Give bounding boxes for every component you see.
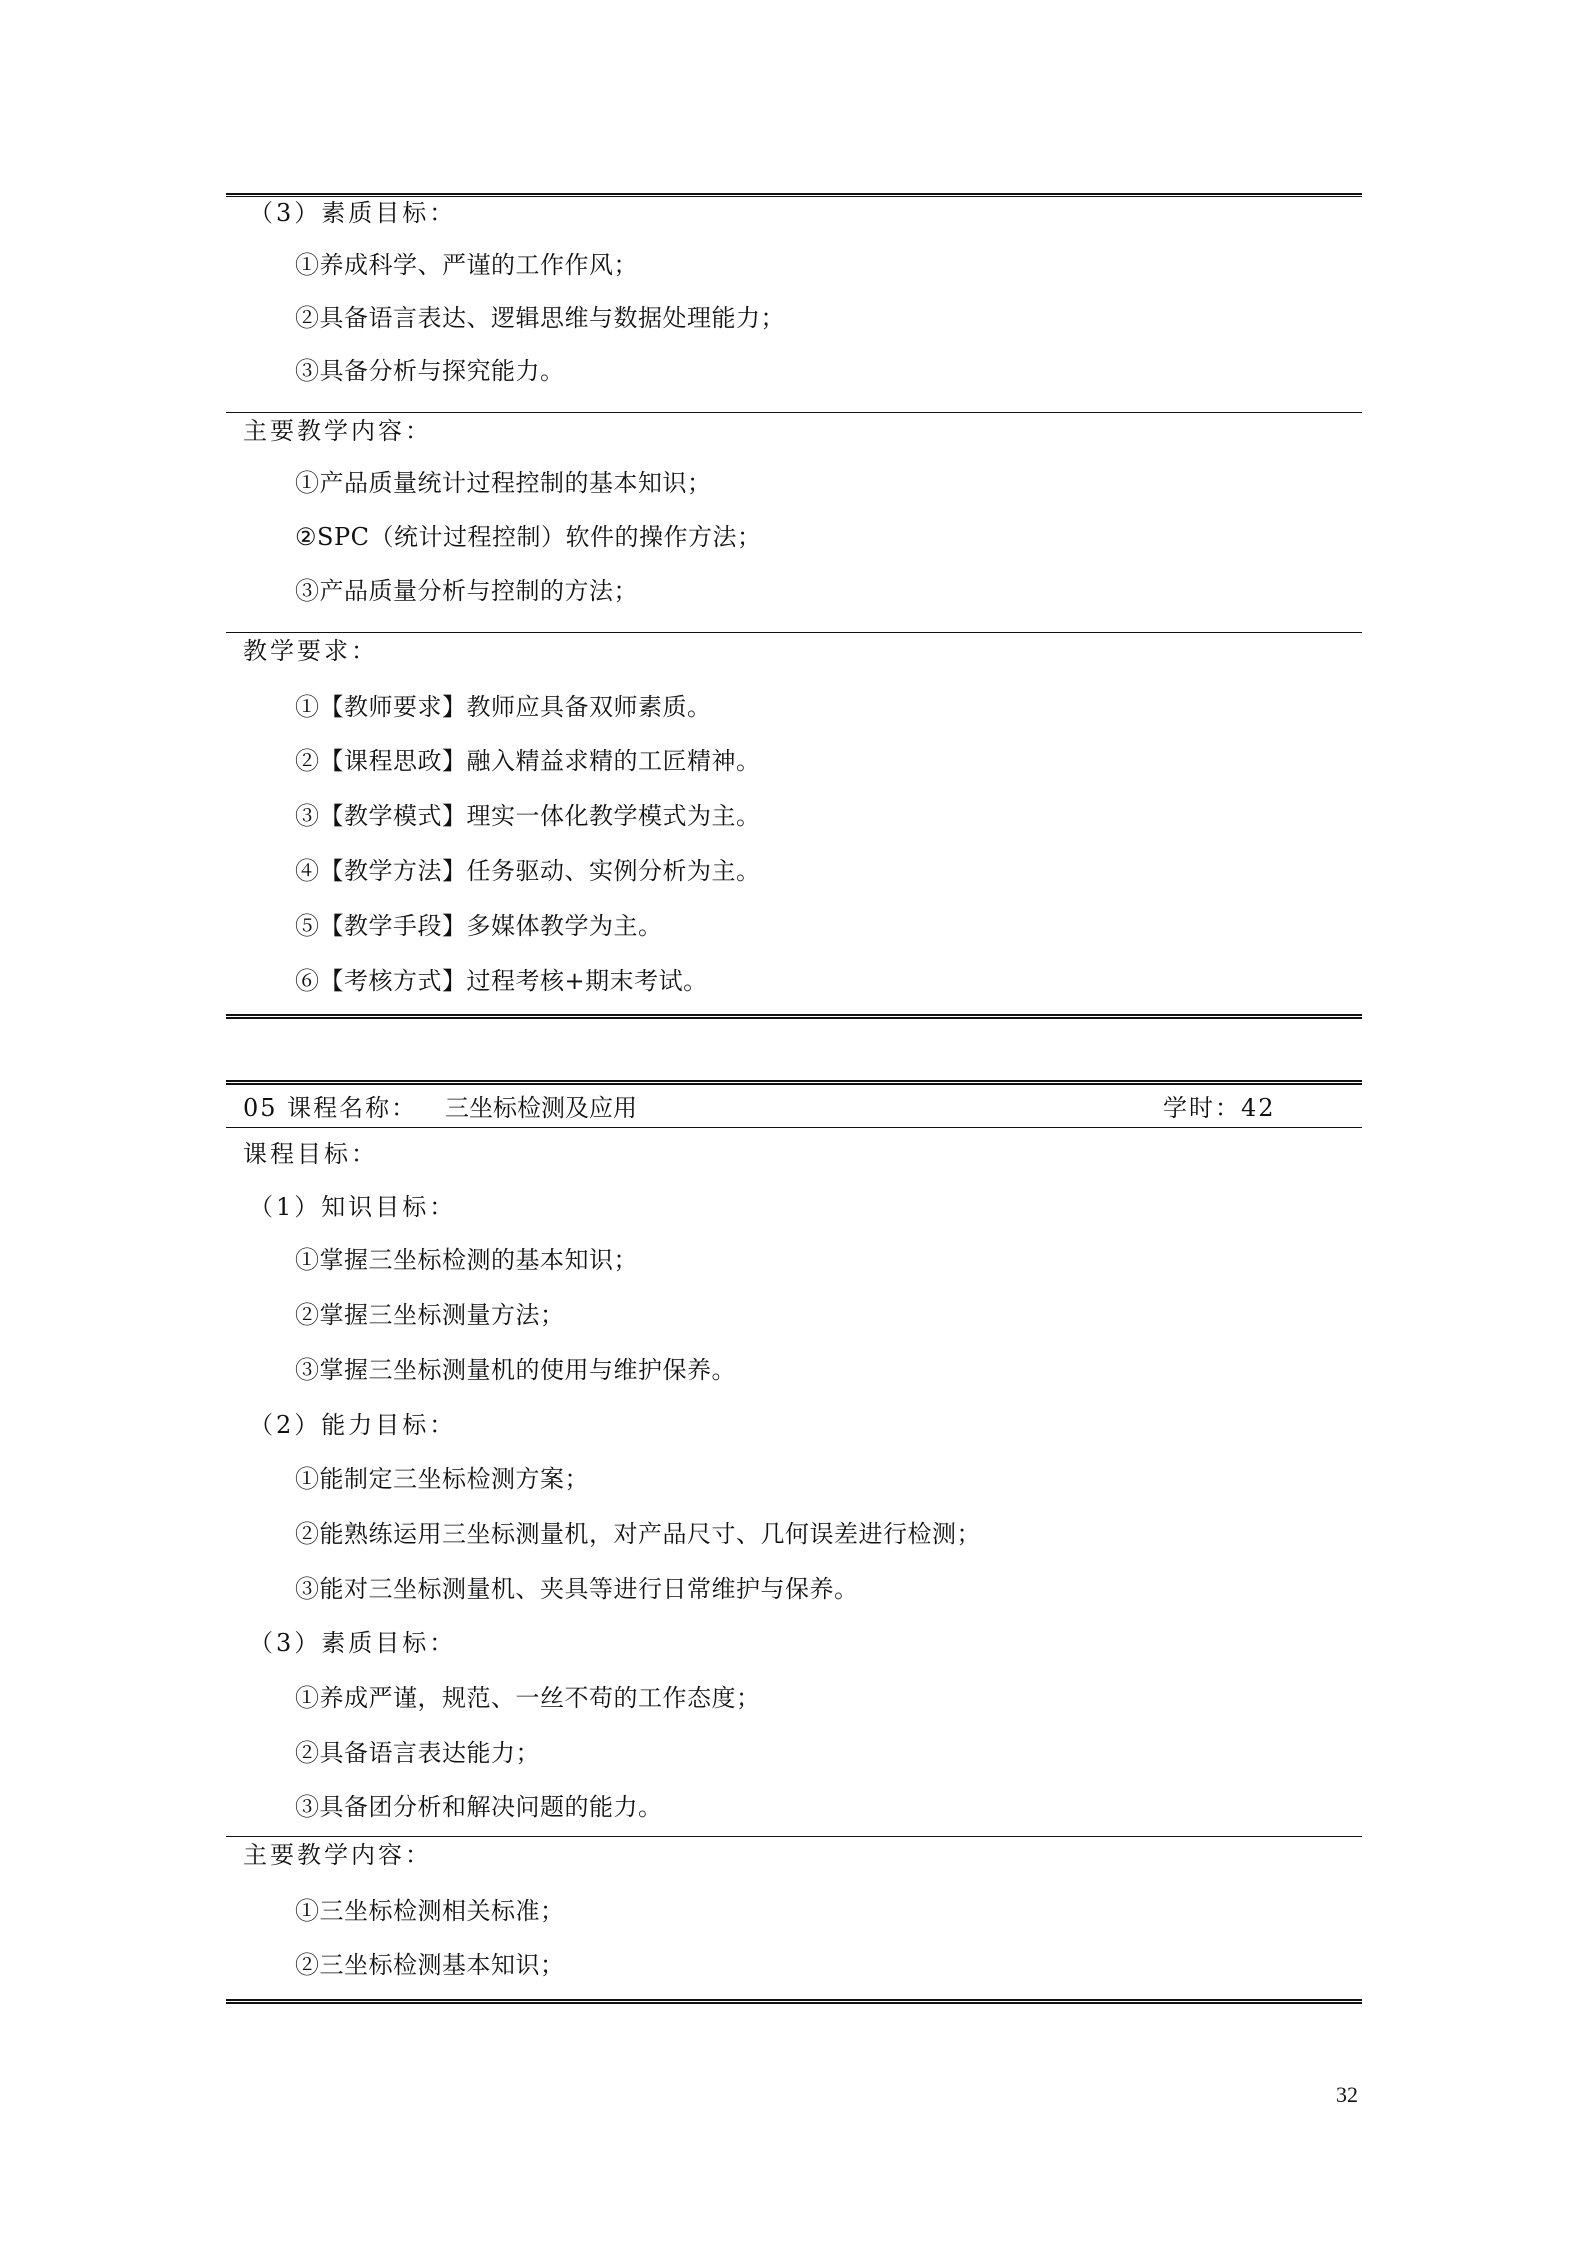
quality-goals-heading: （3）素质目标： (249, 1628, 456, 1658)
section-divider (226, 1127, 1362, 1128)
main-content-heading: 主要教学内容： (243, 416, 432, 446)
section-divider (226, 632, 1362, 633)
list-item: ④【教学方法】任务驱动、实例分析为主。 (295, 856, 761, 886)
section-divider (226, 1836, 1362, 1837)
list-item: ①产品质量统计过程控制的基本知识； (295, 468, 712, 498)
page-number: 32 (1336, 2082, 1358, 2108)
course-objectives-heading: 课程目标： (243, 1139, 378, 1169)
list-item: ③能对三坐标测量机、夹具等进行日常维护与保养。 (295, 1574, 859, 1604)
list-item: ③产品质量分析与控制的方法； (295, 576, 638, 606)
table-bottom-rule (226, 1999, 1362, 2004)
list-item: ①养成科学、严谨的工作作风； (295, 250, 638, 280)
list-item: ⑤【教学手段】多媒体教学为主。 (295, 911, 663, 941)
list-item: ①掌握三坐标检测的基本知识； (295, 1245, 638, 1275)
list-item: ③具备团分析和解决问题的能力。 (295, 1792, 663, 1822)
section-divider (226, 412, 1362, 413)
ability-goals-heading: （2）能力目标： (249, 1410, 456, 1440)
list-item: ②能熟练运用三坐标测量机，对产品尺寸、几何误差进行检测； (295, 1519, 981, 1549)
list-item: ②SPC（统计过程控制）软件的操作方法； (295, 522, 761, 552)
course-name: 三坐标检测及应用 (445, 1093, 637, 1123)
course-hours: 学时：42 (1163, 1093, 1276, 1123)
list-item: ①能制定三坐标检测方案； (295, 1464, 589, 1494)
table-top-rule (226, 193, 1362, 197)
knowledge-goals-heading: （1）知识目标： (249, 1192, 456, 1222)
table-top-rule (226, 1080, 1362, 1085)
main-content-heading: 主要教学内容： (243, 1840, 432, 1870)
list-item: ①养成严谨，规范、一丝不苟的工作态度； (295, 1683, 761, 1713)
list-item: ③具备分析与探究能力。 (295, 356, 565, 386)
list-item: ⑥【考核方式】过程考核+期末考试。 (295, 966, 708, 996)
list-item: ③【教学模式】理实一体化教学模式为主。 (295, 801, 761, 831)
quality-goals-heading: （3）素质目标： (249, 198, 456, 228)
list-item: ②掌握三坐标测量方法； (295, 1300, 565, 1330)
list-item: ②三坐标检测基本知识； (295, 1950, 565, 1980)
document-page: （3）素质目标： ①养成科学、严谨的工作作风； ②具备语言表达、逻辑思维与数据处… (0, 0, 1587, 2245)
list-item: ②【课程思政】融入精益求精的工匠精神。 (295, 746, 761, 776)
course-header: 05 课程名称： 三坐标检测及应用 学时：42 (243, 1093, 1343, 1123)
list-item: ②具备语言表达、逻辑思维与数据处理能力； (295, 303, 785, 333)
teaching-requirements-heading: 教学要求： (243, 636, 378, 666)
list-item: ③掌握三坐标测量机的使用与维护保养。 (295, 1355, 736, 1385)
list-item: ①三坐标检测相关标准； (295, 1896, 565, 1926)
list-item: ①【教师要求】教师应具备双师素质。 (295, 692, 712, 722)
list-item: ②具备语言表达能力； (295, 1738, 540, 1768)
table-bottom-rule (226, 1014, 1362, 1019)
course-code-label: 05 课程名称： (243, 1093, 417, 1123)
